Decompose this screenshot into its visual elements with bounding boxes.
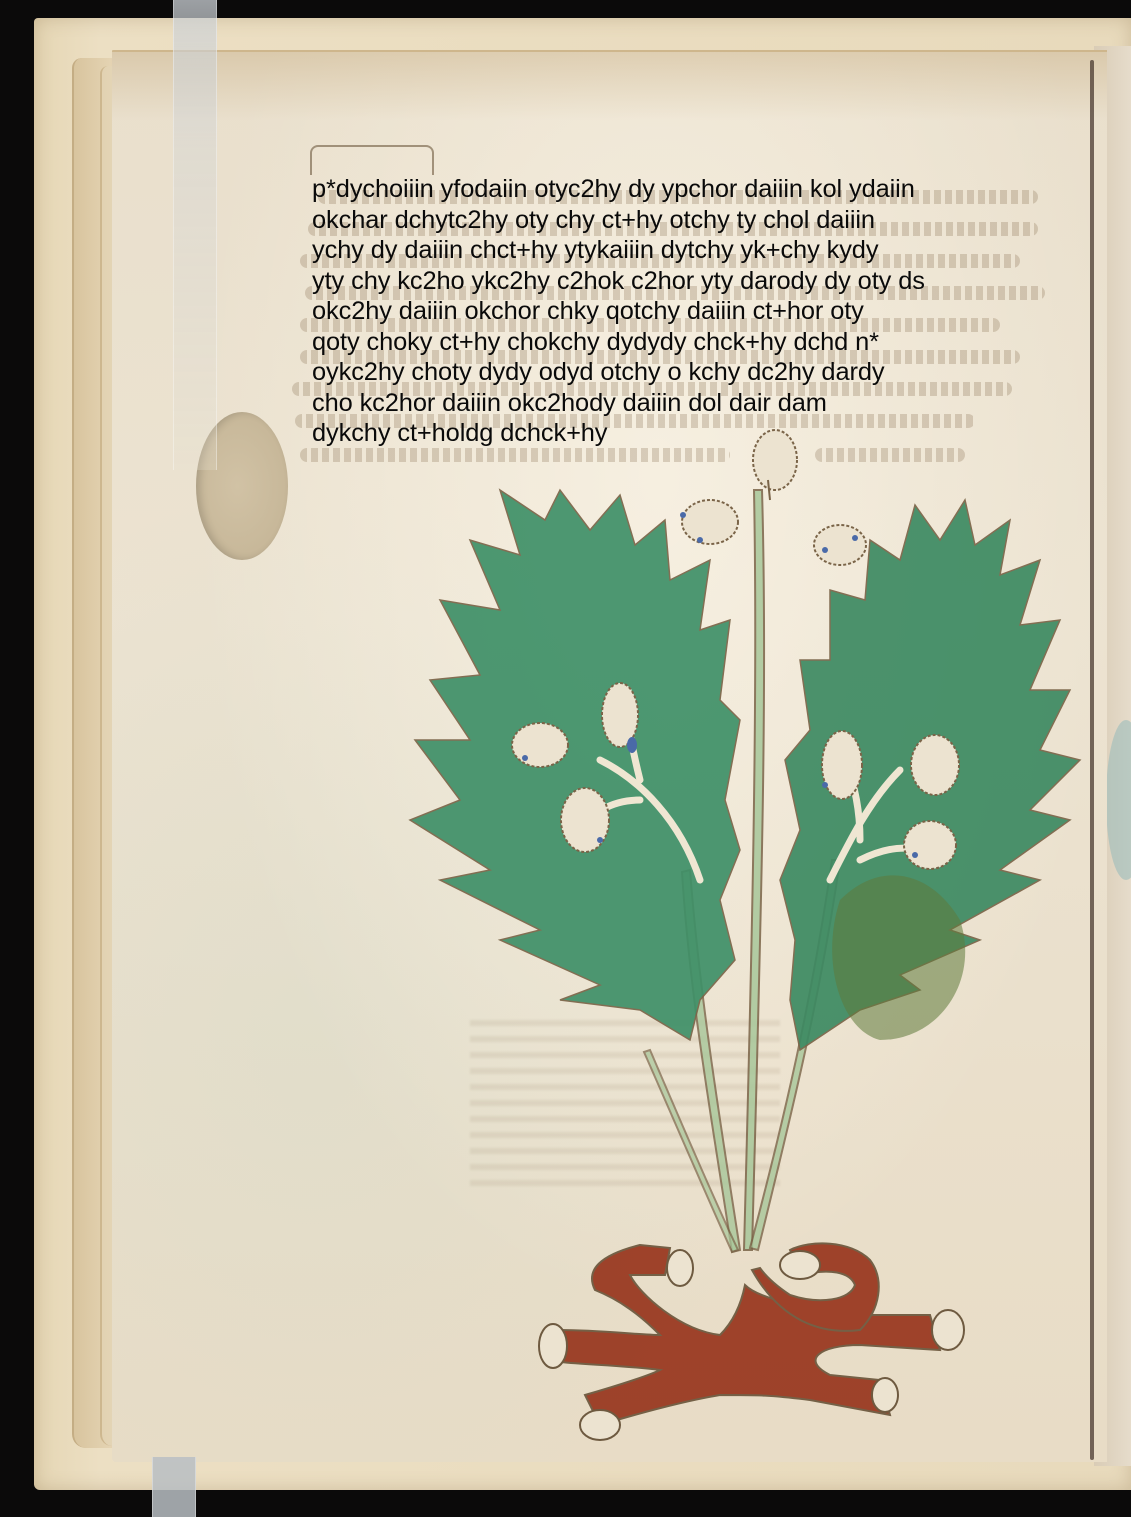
transcription-overlay: p*dychoiiin yfodaiin otyc2hy dy ypchor d…: [312, 174, 925, 449]
transcription-line: okc2hy daiiin okchor chky qotchy daiiin …: [312, 296, 925, 327]
transcription-line: oykc2hy choty dydy odyd otchy o kchy dc2…: [312, 357, 925, 388]
left-leaf: [410, 490, 740, 1040]
transcription-line: p*dychoiiin yfodaiin otyc2hy dy ypchor d…: [312, 174, 925, 205]
transcription-line: dykchy ct+holdg dchck+hy: [312, 418, 925, 449]
tape-strip-bottom: [152, 1457, 196, 1517]
transcription-line: qoty choky ct+hy chokchy dydydy chck+hy …: [312, 327, 925, 358]
transcription-line: ychy dy daiiin chct+hy ytykaiiin dytchy …: [312, 235, 925, 266]
transcription-line: okchar dchytc2hy oty chy ct+hy otchy ty …: [312, 205, 925, 236]
manuscript-scan: p*dychoiiin yfodaiin otyc2hy dy ypchor d…: [0, 0, 1131, 1517]
tape-strip-top: [173, 0, 217, 470]
transcription-line: cho kc2hor daiiin okc2hody daiiin dol da…: [312, 388, 925, 419]
transcription-line: yty chy kc2ho ykc2hy c2hok c2hor yty dar…: [312, 266, 925, 297]
